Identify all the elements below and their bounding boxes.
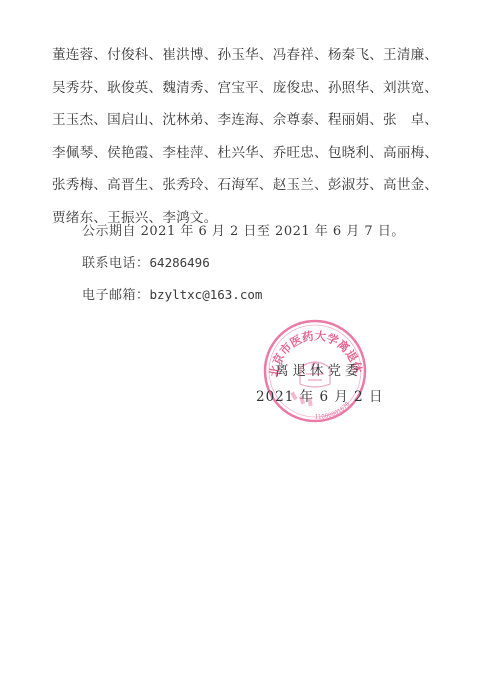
name-line-1: 董连蓉、付俊科、崔洪博、孙玉华、冯春祥、杨秦飞、王清廉、: [52, 43, 452, 76]
contact-phone: 联系电话：64286496: [82, 252, 210, 271]
signature-date: 2021 年 6 月 2 日: [256, 385, 384, 405]
email-label: 电子邮箱：: [82, 288, 150, 303]
name-line-4: 李佩琴、侯艳霞、李桂萍、杜兴华、乔旺忠、包晓利、高丽梅、: [52, 141, 452, 174]
document-page: 董连蓉、付俊科、崔洪博、孙玉华、冯春祥、杨秦飞、王清廉、 吴秀芬、耿俊英、魏清秀…: [0, 0, 491, 686]
signature-organization: 离退休党委: [275, 359, 363, 379]
email-value: bzyltxc@163.com: [150, 287, 263, 302]
notice-period: 公示期自 2021 年 6 月 2 日至 2021 年 6 月 7 日。: [82, 220, 405, 239]
name-line-3: 王玉杰、国启山、沈林弟、李连海、佘尊泰、程丽娟、张 卓、: [52, 108, 452, 141]
phone-label: 联系电话：: [82, 256, 150, 271]
name-line-5: 张秀梅、高晋生、张秀玲、石海军、赵玉兰、彭淑芬、高世金、: [52, 173, 452, 206]
contact-email: 电子邮箱：bzyltxc@163.com: [82, 284, 262, 303]
name-list: 董连蓉、付俊科、崔洪博、孙玉华、冯春祥、杨秦飞、王清廉、 吴秀芬、耿俊英、魏清秀…: [52, 43, 452, 238]
name-line-2: 吴秀芬、耿俊英、魏清秀、宫宝平、庞俊忠、孙照华、刘洪宽、: [52, 76, 452, 109]
phone-value: 64286496: [150, 255, 210, 270]
